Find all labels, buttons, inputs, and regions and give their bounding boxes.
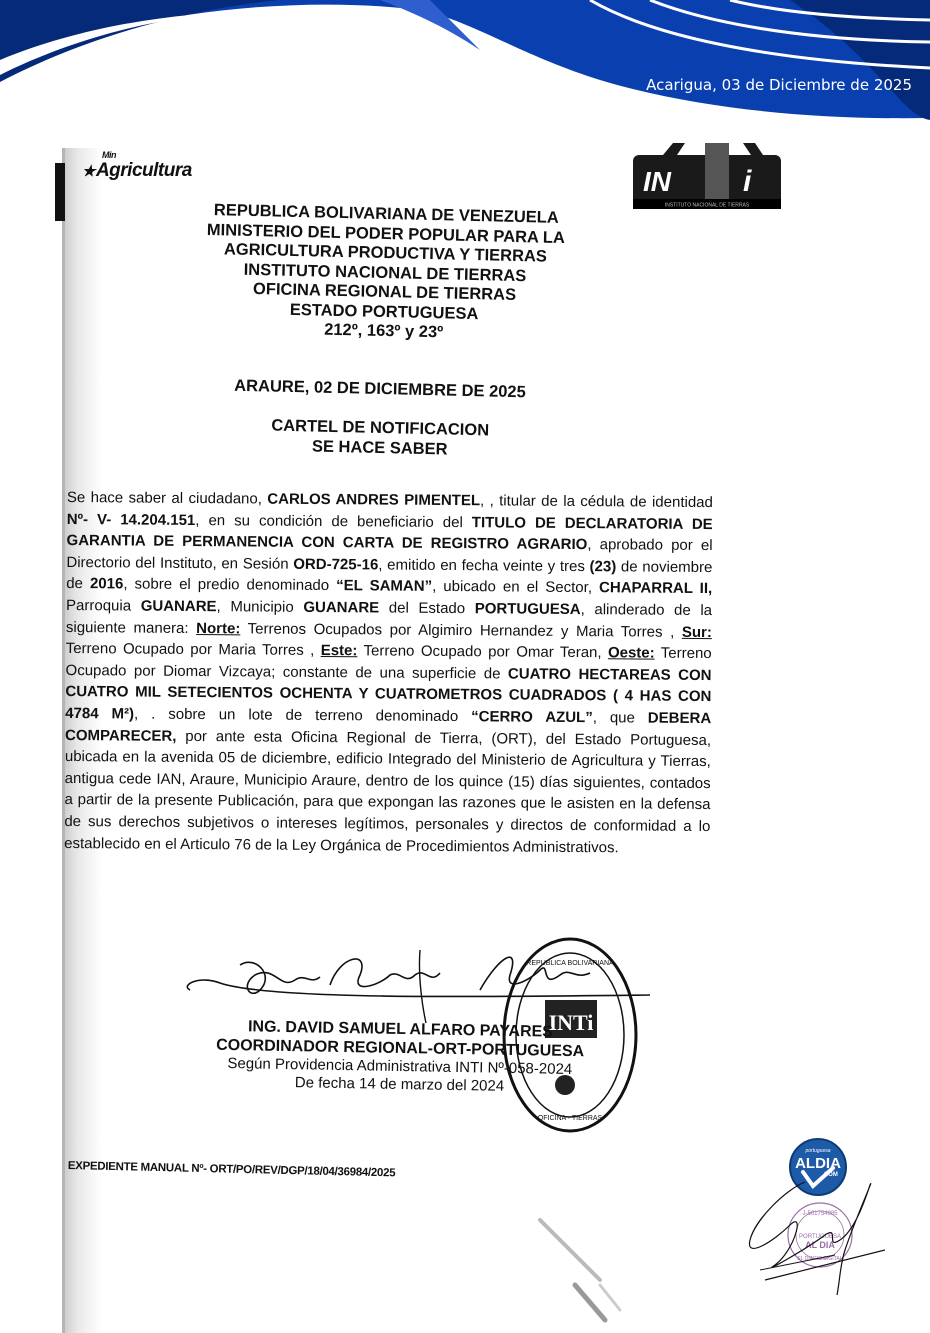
emphasis-text: GUANARE [303, 599, 379, 617]
svg-text:REPUBLICA BOLIVARIANA: REPUBLICA BOLIVARIANA [526, 960, 614, 967]
emphasis-text: 2016 [90, 576, 124, 593]
emphasis-text: “CERRO AZUL” [471, 708, 593, 726]
boundary-label: Norte: [196, 620, 240, 637]
body-text-segment: Terreno Ocupado por Maria Torres , [66, 640, 321, 659]
body-text-segment: Se hace saber al ciudadano, [67, 489, 268, 508]
document-title: CARTEL DE NOTIFICACION SE HACE SABER [200, 414, 561, 462]
signer-block: ING. DAVID SAMUEL ALFARO PAYARES COORDIN… [159, 1016, 640, 1098]
body-text-segment: del Estado [379, 599, 475, 617]
star-icon: ★ [82, 163, 95, 180]
body-text-segment: , , titular de la cédula de identidad [480, 492, 713, 511]
svg-text:J-501754985: J-501754985 [802, 1211, 838, 1217]
ministry-logo-small: Min [102, 150, 116, 160]
ministry-logo-text: Agricultura [96, 160, 192, 181]
body-text-segment: , emitido en fecha veinte y tres [378, 556, 589, 575]
emphasis-text: GUANARE [141, 598, 217, 616]
emphasis-text: (23) [590, 558, 617, 575]
boundary-label: Este: [321, 642, 358, 659]
ministry-logo: ★Agricultura Min [82, 160, 192, 182]
aldia-stamp-signature: J-501754985 PORTUGUESA AL DIA EL DIARIO … [745, 1180, 885, 1300]
inti-logo: IN i INSTITUTO NACIONAL DE TIERRAS [633, 143, 781, 213]
emphasis-text: CARLOS ANDRES PIMENTEL [267, 491, 480, 510]
body-text-segment: Terreno Ocupado por Omar Teran, [357, 642, 608, 661]
body-text-segment: , ubicado en el Sector, [432, 578, 599, 596]
emphasis-text: Nº- V- 14.204.151 [67, 511, 196, 529]
body-text-segment: , sobre el predio denominado [123, 576, 336, 595]
emphasis-text: CHAPARRAL II, [599, 580, 712, 598]
emphasis-text: “EL SAMAN” [336, 577, 432, 595]
body-text-segment: , que [593, 709, 648, 726]
emphasis-text: PORTUGUESA [475, 600, 581, 618]
pen-smudge-marks [520, 1210, 640, 1333]
svg-text:portuguesa: portuguesa [804, 1148, 830, 1154]
banner-date: Acarigua, 03 de Diciembre de 2025 [646, 76, 912, 94]
boundary-label: Oeste: [608, 644, 655, 661]
body-text-segment: , . sobre un lote de terreno denominado [134, 705, 471, 725]
notification-body: Se hace saber al ciudadano, CARLOS ANDRE… [64, 487, 713, 859]
coat-of-arms-fragment [55, 163, 65, 221]
body-text-segment: por ante esta Oficina Regional de Tierra… [64, 727, 711, 855]
emphasis-text: ORD-725-16 [293, 556, 378, 574]
header-banner [0, 0, 930, 130]
svg-text:OFICINA · TIERRAS: OFICINA · TIERRAS [538, 1115, 603, 1122]
body-text-segment: , en su condición de beneficiario del [195, 512, 472, 531]
svg-text:INSTITUTO NACIONAL DE TIERRAS: INSTITUTO NACIONAL DE TIERRAS [665, 203, 750, 209]
body-text-segment: Parroquia [66, 597, 141, 615]
body-text-segment: , Municipio [217, 598, 304, 616]
boundary-label: Sur: [682, 623, 712, 640]
body-text-segment: Terrenos Ocupados por Algimiro Hernandez… [240, 620, 682, 640]
svg-text:i: i [743, 165, 752, 198]
svg-text:IN: IN [643, 166, 672, 197]
institution-header: REPUBLICA BOLIVARIANA DE VENEZUELA MINIS… [149, 200, 622, 347]
